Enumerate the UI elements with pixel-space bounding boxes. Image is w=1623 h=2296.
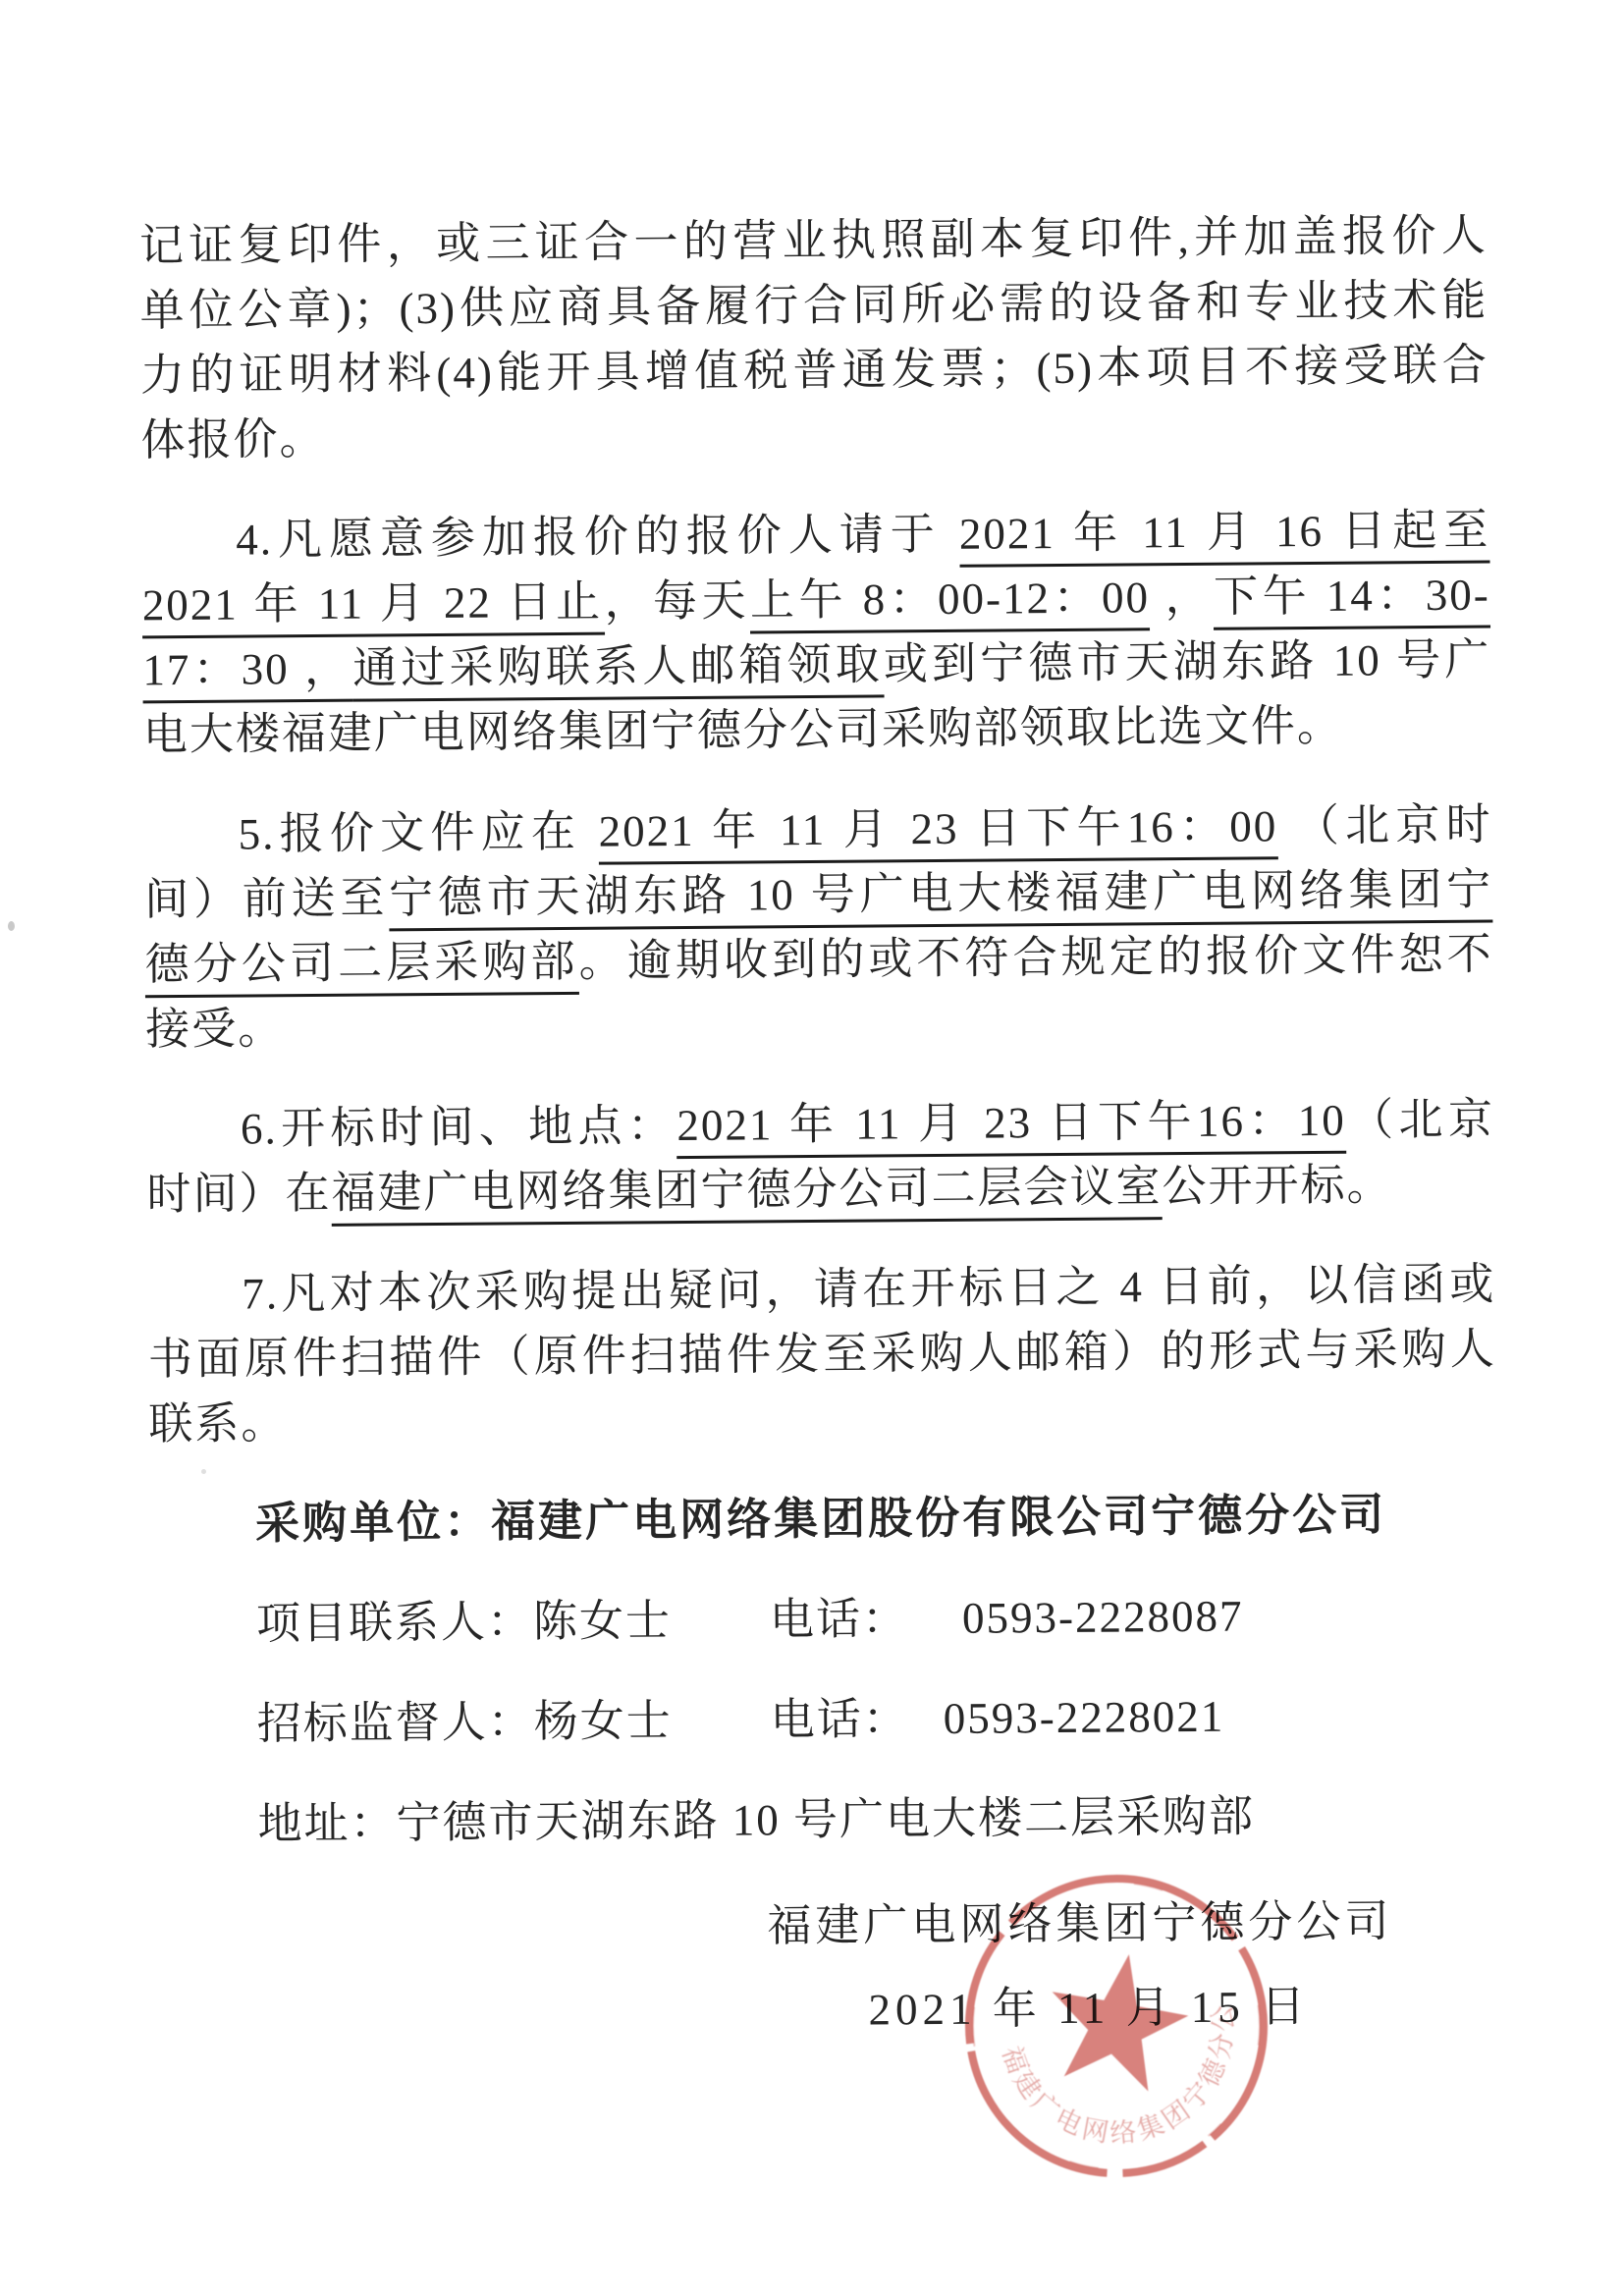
document-paragraph: 6.开标时间、地点：2021 年 11 月 23 日下午16：10（北京时间）在… <box>146 1087 1495 1228</box>
underlined-text: 2021 年 11 月 22 日止 <box>142 577 605 639</box>
contact-line: 招标监督人：杨女士电话：0593-2228021 <box>151 1682 1499 1758</box>
text-line: 4.凡愿意参加报价的报价人请于 2021 年 11 月 16 日起至 <box>141 498 1489 574</box>
scan-speck <box>201 1469 206 1474</box>
underlined-text: 2021 年 11 月 23 日下午16：00 <box>598 801 1277 864</box>
contact-block: 采购单位：福建广电网络集团股份有限公司宁德分公司项目联系人：陈女士电话：0593… <box>149 1482 1500 1858</box>
text-segment: 4.凡愿意参加报价的报价人请于 <box>236 510 959 565</box>
text-segment: 接受。 <box>145 1004 284 1054</box>
text-segment: 单位公章)；(3)供应商具备履行合同所必需的设备和专业技术能 <box>139 276 1488 336</box>
text-segment: 间）前送至 <box>144 873 389 924</box>
signature-date: 2021 年 11 月 15 日 <box>153 1972 1501 2048</box>
text-segment: 力的证明材料(4)能开具增值税普通发票；(5)本项目不接受联合 <box>140 341 1488 401</box>
text-gap <box>672 1633 770 1635</box>
text-segment: 体报价。 <box>140 414 325 465</box>
contact-line: 项目联系人：陈女士电话：0593-2228087 <box>150 1582 1498 1658</box>
text-segment: 电大楼福建广电网络集团宁德分公司采购部领取比选文件。 <box>143 701 1343 760</box>
text-line: 6.开标时间、地点：2021 年 11 月 23 日下午16：10（北京 <box>146 1087 1494 1163</box>
scan-speck <box>8 921 15 931</box>
text-line: 联系。 <box>148 1382 1496 1457</box>
underlined-text: 2021 年 11 月 23 日下午16：10 <box>676 1096 1346 1159</box>
text-gap <box>909 1732 944 1733</box>
text-line: 体报价。 <box>140 398 1488 473</box>
text-line: 时间）在福建广电网络集团宁德分公司二层会议室公开开标。 <box>146 1152 1494 1228</box>
contact-text: 0593-2228087 <box>962 1592 1244 1643</box>
underlined-text: 2021 年 11 月 16 日起至 <box>959 506 1490 568</box>
text-segment: （北京时 <box>1277 800 1492 851</box>
underlined-text: 宁德市天湖东路 10 号广电大楼福建广电网络集团宁 <box>389 865 1492 932</box>
star-icon <box>1038 1942 1197 2096</box>
text-line: 记证复印件，或三证合一的营业执照副本复印件,并加盖报价人 <box>139 203 1488 279</box>
text-gap <box>673 1733 771 1735</box>
text-segment: ，每天 <box>604 575 750 626</box>
text-line: 书面原件扫描件（原件扫描件发至采购人邮箱）的形式与采购人 <box>148 1317 1496 1393</box>
document-paragraph: 4.凡愿意参加报价的报价人请于 2021 年 11 月 16 日起至2021 年… <box>141 498 1491 768</box>
text-line: 2021 年 11 月 22 日止，每天上午 8：00-12：00 ，下午 14… <box>142 563 1490 638</box>
text-segment: 或到宁德市天湖东路 10 号广 <box>884 635 1491 689</box>
underlined-text: 17：30 ， <box>142 644 352 704</box>
contact-line: 地址：宁德市天湖东路 10 号广电大楼二层采购部 <box>151 1782 1499 1858</box>
underlined-text: 上午 8：00-12：00 <box>750 573 1150 633</box>
document-paragraph: 记证复印件，或三证合一的营业执照副本复印件,并加盖报价人单位公章)；(3)供应商… <box>139 203 1489 473</box>
document-body: 记证复印件，或三证合一的营业执照副本复印件,并加盖报价人单位公章)；(3)供应商… <box>139 203 1497 1457</box>
company-seal-stamp: 福建广电网络集团宁德分公司 <box>954 1864 1278 2188</box>
text-segment: 。逾期收到的或不符合规定的报价文件恕不 <box>578 930 1492 986</box>
text-segment: （北京 <box>1346 1095 1495 1145</box>
text-line: 电大楼福建广电网络集团宁德分公司采购部领取比选文件。 <box>143 692 1491 768</box>
underlined-text: 德分公司二层采购部 <box>144 937 578 998</box>
signature-company: 福建广电网络集团宁德分公司 <box>152 1887 1500 1963</box>
text-segment: ， <box>1150 573 1215 623</box>
text-segment: 联系。 <box>148 1398 287 1449</box>
contact-text: 电话： <box>770 1594 908 1644</box>
contact-text: 招标监督人：杨女士 <box>257 1696 673 1748</box>
text-segment: 公开开标。 <box>1162 1160 1392 1211</box>
text-segment: 记证复印件，或三证合一的营业执照副本复印件,并加盖报价人 <box>139 211 1488 271</box>
text-segment: 7.凡对本次采购提出疑问，请在开标日之 4 日前，以信函或 <box>242 1260 1495 1319</box>
contact-text: 采购单位：福建广电网络集团股份有限公司宁德分公司 <box>255 1490 1386 1548</box>
contact-text: 电话： <box>771 1694 909 1744</box>
contact-text: 地址：宁德市天湖东路 10 号广电大楼二层采购部 <box>257 1791 1255 1848</box>
text-line: 间）前送至宁德市天湖东路 10 号广电大楼福建广电网络集团宁 <box>144 857 1492 933</box>
text-segment: 5.报价文件应在 <box>238 807 598 859</box>
contact-text: 项目联系人：陈女士 <box>256 1596 672 1648</box>
text-segment: 书面原件扫描件（原件扫描件发至采购人邮箱）的形式与采购人 <box>148 1325 1496 1385</box>
text-line: 单位公章)；(3)供应商具备履行合同所必需的设备和专业技术能 <box>139 268 1488 344</box>
text-line: 17：30 ，通过采购联系人邮箱领取或到宁德市天湖东路 10 号广 <box>142 628 1490 703</box>
contact-line: 采购单位：福建广电网络集团股份有限公司宁德分公司 <box>149 1482 1497 1558</box>
underlined-text: 福建广电网络集团宁德分公司二层会议室 <box>331 1162 1162 1227</box>
document-paragraph: 5.报价文件应在 2021 年 11 月 23 日下午16：00 （北京时间）前… <box>143 793 1493 1063</box>
underlined-text: 通过采购联系人邮箱领取 <box>352 639 884 701</box>
text-gap <box>908 1632 962 1633</box>
text-line: 力的证明材料(4)能开具增值税普通发票；(5)本项目不接受联合 <box>140 333 1488 409</box>
text-segment: 6.开标时间、地点： <box>241 1101 677 1153</box>
underlined-text: 下午 14：30- <box>1214 571 1490 630</box>
text-line: 德分公司二层采购部。逾期收到的或不符合规定的报价文件恕不 <box>144 922 1492 998</box>
document-page: 记证复印件，或三证合一的营业执照副本复印件,并加盖报价人单位公章)；(3)供应商… <box>0 0 1623 2049</box>
text-line: 5.报价文件应在 2021 年 11 月 23 日下午16：00 （北京时 <box>143 793 1491 868</box>
text-segment: 时间）在 <box>146 1169 331 1219</box>
text-line: 接受。 <box>145 987 1493 1063</box>
document-paragraph: 7.凡对本次采购提出疑问，请在开标日之 4 日前，以信函或书面原件扫描件（原件扫… <box>147 1252 1497 1457</box>
text-line: 7.凡对本次采购提出疑问，请在开标日之 4 日前，以信函或 <box>147 1252 1495 1328</box>
contact-text: 0593-2228021 <box>944 1692 1225 1743</box>
